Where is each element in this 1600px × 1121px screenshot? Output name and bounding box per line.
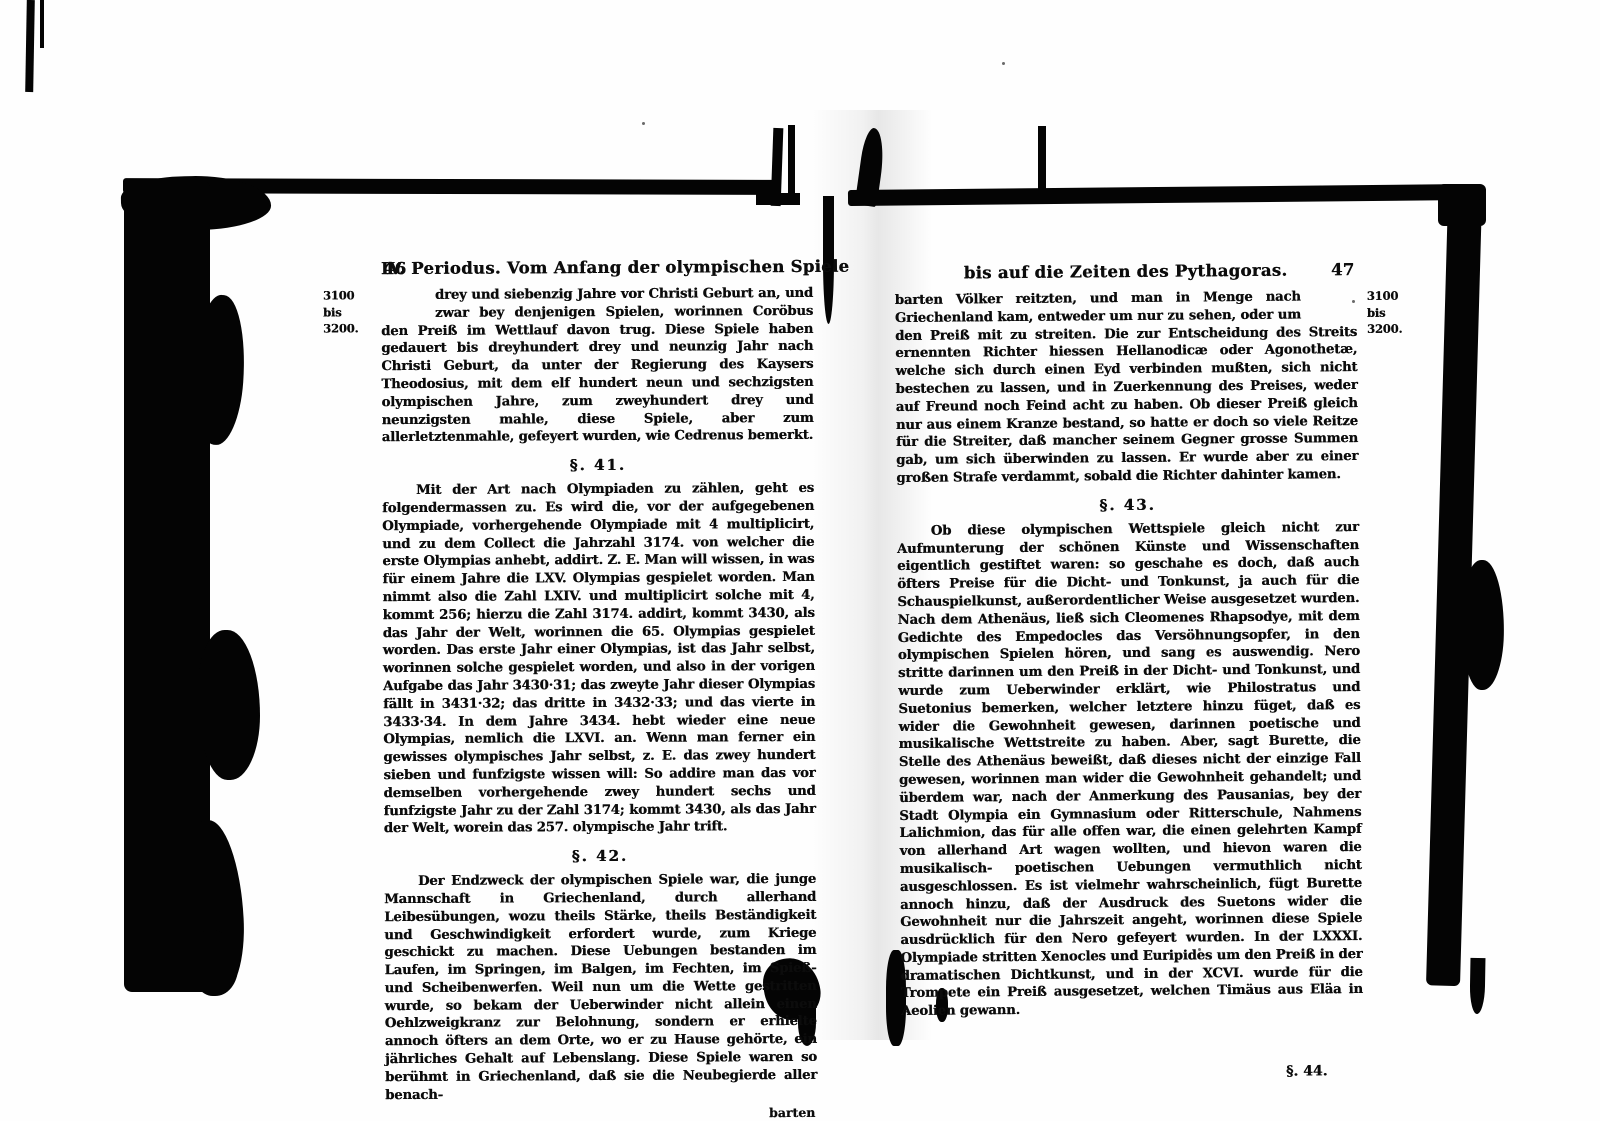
right-page-header: bis auf die Zeiten des Pythagoras. 47 [894, 260, 1356, 283]
section-heading-42: §. 42. [384, 846, 816, 866]
ink-bar-right-page-top [848, 184, 1472, 206]
ink-streak-top-left-2 [40, 0, 44, 48]
book-scan-spread: 46 IV. Periodus. Vom Anfang der olympisc… [0, 0, 1600, 1121]
ink-streak-top-left-1 [25, 0, 35, 92]
left-page-number: 46 [383, 259, 407, 278]
ink-bar-gutter-base [756, 193, 800, 205]
left-margin-note-years: 3100 bis 3200. [323, 287, 373, 320]
paper-speck [1002, 62, 1005, 65]
ink-spike-right-page-top [1038, 126, 1046, 190]
right-margin-note-years: 3100 bis 3200. [1367, 287, 1419, 320]
left-page-header: 46 IV. Periodus. Vom Anfang der olympisc… [381, 257, 813, 278]
right-catchword: §. 44. [901, 1063, 1363, 1083]
paper-speck [642, 122, 645, 125]
left-catchword: barten [385, 1105, 817, 1121]
section-42-paragraph: Der Endzweck der olympischen Spiele war,… [384, 871, 817, 1105]
section-43-paragraph: Ob diese olympischen Wettspiele gleich n… [897, 519, 1363, 1021]
ink-blob-left-band-2 [198, 630, 260, 780]
section-heading-43: §. 43. [896, 494, 1358, 516]
left-continuation-paragraph: 3100 bis 3200. drey und siebenzig Jahre … [381, 285, 814, 447]
left-continuation-text: drey und siebenzig Jahre vor Christi Geb… [381, 286, 814, 446]
section-41-paragraph: Mit der Art nach Olympiaden zu zählen, g… [382, 480, 816, 838]
right-continuation-paragraph: 3100 bis 3200. barten Völker reitzten, u… [895, 288, 1359, 488]
right-page: bis auf die Zeiten des Pythagoras. 47 31… [894, 260, 1363, 1083]
section-heading-41: §. 41. [382, 455, 814, 475]
right-continuation-text: barten Völker reitzten, und man in Menge… [895, 289, 1359, 486]
left-page: 46 IV. Periodus. Vom Anfang der olympisc… [381, 257, 818, 1121]
left-running-title: IV. Periodus. Vom Anfang der olympischen… [381, 257, 850, 278]
ink-blob-right-band-mid [1461, 560, 1505, 691]
right-running-title: bis auf die Zeiten des Pythagoras. [964, 261, 1288, 283]
right-page-number: 47 [1331, 260, 1355, 279]
ink-streak-right-bottom [1470, 958, 1486, 1014]
